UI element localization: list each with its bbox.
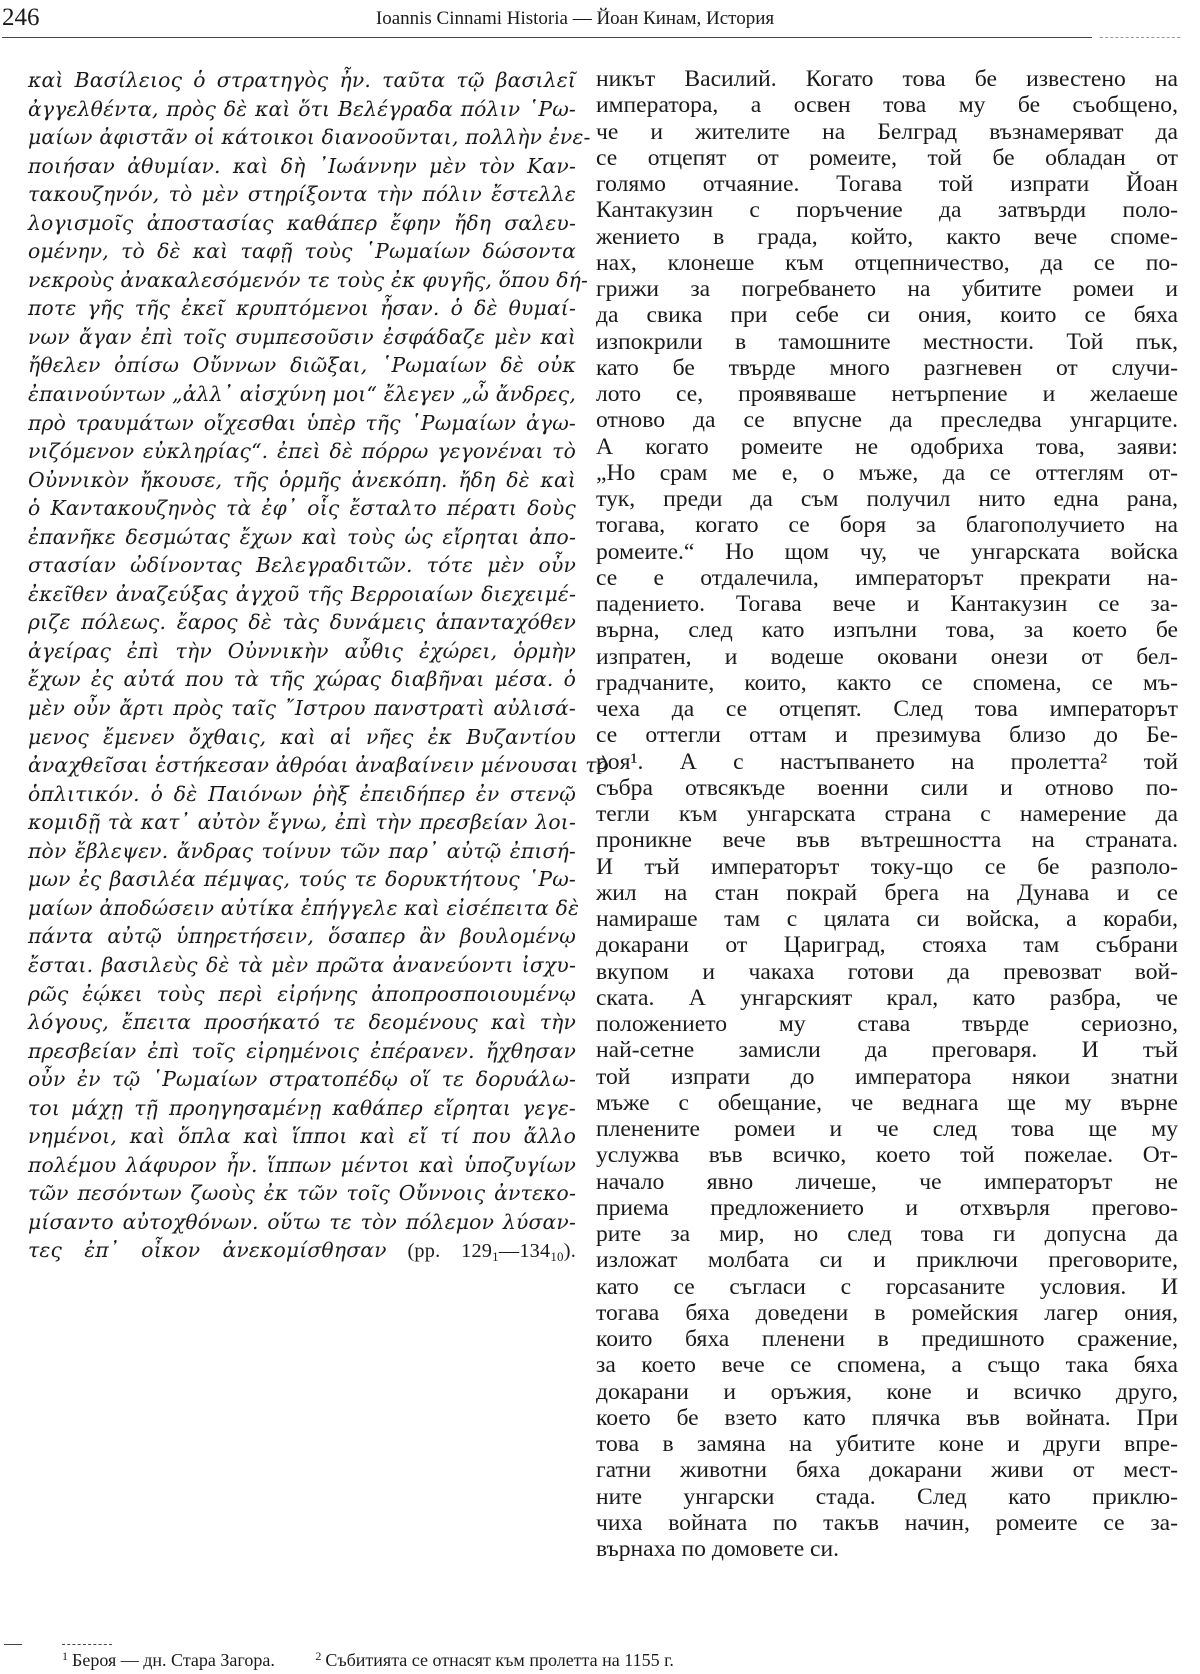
text-line: ните унгарски стада. След като приклю- [596, 1484, 1178, 1510]
text-line: τῶν πεσόντων ζωοὺς ἐκ τῶν τοῖς Οὔννοις ἀ… [28, 1179, 576, 1208]
text-line: τακουζηνόν, τὸ μὲν στηρίξοντα τὴν πόλιν … [28, 180, 576, 209]
text-line: се е отдалечила, императорът прекрати на… [596, 565, 1178, 591]
text-line: голямо отчаяние. Тогава той изпрати Йоан [596, 171, 1178, 197]
text-line: ἀγείρας ἐπὶ τὴν Οὐννικὴν αὖθις ἐχώρει, ὁ… [28, 637, 576, 666]
text-line: като бе твърде много разгневен от случи- [596, 355, 1178, 381]
text-line: най-сетне замисли да преговаря. И тъй [596, 1037, 1178, 1063]
text-line: падението. Тогава вече и Кантакузин се з… [596, 591, 1178, 617]
text-line: ρῶς ἐῴκει τοὺς περὶ εἰρήνης ἀποπροσποιου… [28, 980, 576, 1009]
text-line: лото се, проявяваше нетърпение и желаеше [596, 381, 1178, 407]
text-line: градчаните, които, както се спомена, се … [596, 670, 1178, 696]
footnote-1: 1Бероя — дн. Стара Загора. [62, 1650, 275, 1671]
footnote-text: Бероя — дн. Стара Загора. [72, 1650, 275, 1670]
text-line: тегли към унгарската страна с намерение … [596, 801, 1178, 827]
text-line: τες ἐπ᾽ οἶκον ἀνεκομίσθησαν (pp. 1291—13… [28, 1236, 576, 1272]
text-line: рите за мир, но след това ги допусна да [596, 1221, 1178, 1247]
text-line: ὁπλιτικόν. ὁ δὲ Παιόνων ῥὴξ ἐπειδήπερ ἐν… [28, 780, 576, 809]
text-line: отново да се впусне да преследва унгарци… [596, 407, 1178, 433]
text-line: στασίαν ὠδίνοντας Βελεγραδιτῶν. τότε μὲν… [28, 551, 576, 580]
text-line: λογισμοῖς ἀποστασίας καθάπερ ἔφην ἤδη σα… [28, 209, 576, 238]
text-line: ἔσται. βασιλεὺς δὲ τὰ μὲν πρῶτα ἀνανεύον… [28, 951, 576, 980]
page-header: 246 Ioannis Cinnami Historia — Йоан Кина… [0, 0, 1200, 40]
text-line: οὖν ἐν τῷ ῾Ρωμαίων στρατοπέδῳ οἵ τε δορυ… [28, 1065, 576, 1094]
text-line: ἐπαινούντων „ἀλλ᾽ αἰσχύνη μοι“ ἔλεγεν „ὦ… [28, 380, 576, 409]
text-line: вкупом и чакаха готови да превозват вой- [596, 959, 1178, 985]
footnote-marker: 1 [62, 1649, 68, 1663]
text-line: ромеите.“ Но щом чу, че унгарската войск… [596, 539, 1178, 565]
text-line: μων ἐς βασιλέα πέμψας, τούς τε δορυκτήτο… [28, 865, 576, 894]
text-line: μὲν οὖν ἄρτι πρὸς ταῖς ῎Ιστρου πανστρατὶ… [28, 694, 576, 723]
text-line: νεκροὺς ἀνακαλεσόμενόν τε τοὺς ἐκ φυγῆς,… [28, 266, 576, 295]
text-line: жението в града, който, както вече споме… [596, 224, 1178, 250]
text-line: върнаха по домовете си. [596, 1536, 1178, 1562]
text-line: μαίων ἀποδώσειν αὐτίκα ἐπήγγελε καὶ εἰσέ… [28, 894, 576, 923]
text-line: ската. А унгарският крал, като разбра, ч… [596, 985, 1178, 1011]
text-line: νημένοι, καὶ ὅπλα καὶ ἵπποι καὶ εἴ τί πο… [28, 1122, 576, 1151]
text-line: ἐκεῖθεν ἀναζεύξας ἀγχοῦ τῆς Βερροιαίων δ… [28, 580, 576, 609]
text-line: Οὐννικὸν ἤκουσε, τῆς ὁρμῆς ἀνεκόπη. ἤδη … [28, 466, 576, 495]
text-line: услужва във всичко, което той пожелае. О… [596, 1142, 1178, 1168]
text-line: докарани от Цариград, стояха там събрани [596, 932, 1178, 958]
text-line: λόγους, ἔπειτα προσήκατό τε δεομένους κα… [28, 1008, 576, 1037]
text-line: рoя¹. А с настъпването на пролетта² той [596, 749, 1178, 775]
text-line: се отцепят от ромеите, той бе обладан от [596, 145, 1178, 171]
text-line: πολέμου λάφυρον ἦν. ἵππων μέντοι καὶ ὑπο… [28, 1151, 576, 1180]
text-line: ποιήσαν ἀθυμίαν. καὶ δὴ ᾽Ιωάννην μὲν τὸν… [28, 152, 576, 181]
text-line: Кантакузин с поръчение да затвърди поло- [596, 197, 1178, 223]
text-line: че и жителите на Белград възнамеряват да [596, 119, 1178, 145]
text-line: А когато ромеите не одобриха това, заяви… [596, 434, 1178, 460]
text-line: ριζε πόλεως. ἔαρος δὲ τὰς δυνάμεις ἁπαντ… [28, 608, 576, 637]
text-line: начало явно личеше, че императорът не [596, 1169, 1178, 1195]
text-line: събра отвсякъде военни сили и отново по- [596, 775, 1178, 801]
text-line: τοι μάχῃ τῇ προηγησαμένῃ καθάπερ εἴρηται… [28, 1094, 576, 1123]
text-line: ἔχων ἐς αὐτά που τὰ τῆς χώρας διαβῆναι μ… [28, 665, 576, 694]
text-line: гатни животни бяха докарани живи от мест… [596, 1457, 1178, 1483]
header-rule-tail [1100, 37, 1180, 38]
text-line: καὶ Βασίλειος ὁ στρατηγὸς ἦν. ταῦτα τῷ β… [28, 66, 576, 95]
text-line: грижи за погребването на убитите ромеи и [596, 276, 1178, 302]
text-line: нах, клонеше към отцепничество, да се по… [596, 250, 1178, 276]
text-line: изложат молбата си и приключи преговорит… [596, 1247, 1178, 1273]
text-line: тук, преди да съм получил нито една рана… [596, 486, 1178, 512]
text-line: чеха да се отцепят. След това императоръ… [596, 696, 1178, 722]
text-line: които бяха пленени в предишното сражение… [596, 1326, 1178, 1352]
text-line: πάντα αὐτῷ ὑπηρετήσειν, ὅσαπερ ἂν βουλομ… [28, 922, 576, 951]
text-line: πὸν ἔβλεψεν. ἄνδρας τοίνυν τῶν παρ᾽ αὐτῷ… [28, 837, 576, 866]
text-line: тогава, когато се боря за благополучието… [596, 512, 1178, 538]
greek-text-column: καὶ Βασίλειος ὁ στρατηγὸς ἦν. ταῦτα τῷ β… [28, 66, 576, 1272]
text-line: императора, а освен това му бе съобщено, [596, 92, 1178, 118]
text-line: мъже с обещание, че веднага ще му върне [596, 1090, 1178, 1116]
text-line: ἀγγελθέντα, πρὸς δὲ καὶ ὅτι Βελέγραδα πό… [28, 95, 576, 124]
text-line: „Но срам ме е, о мъже, да се оттеглям от… [596, 460, 1178, 486]
running-title: Ioannis Cinnami Historia — Йоан Кинам, И… [0, 8, 1150, 30]
text-line: ομένην, τὸ δὲ καὶ ταφῇ τοὺς ῾Ρωμαίων δώσ… [28, 237, 576, 266]
text-line: проникне вече във вътрешността на страна… [596, 827, 1178, 853]
text-line: μίσαντο αὐτοχθόνων. οὕτω τε τὸν πόλεμον … [28, 1208, 576, 1237]
text-line: тогава бяха доведени в ромейския лагер о… [596, 1300, 1178, 1326]
footnote-2: 2Събитията се отнасят към пролетта на 11… [315, 1650, 674, 1671]
text-line: ἀναχθεῖσαι ἑστήκεσαν ἀθρόαι ἀναβαίνειν μ… [28, 751, 576, 780]
text-line: чиха войната по такъв начин, ромеите се … [596, 1510, 1178, 1536]
text-line: се оттегли оттам и презимува близо до Бе… [596, 722, 1178, 748]
text-line: докарани и оръжия, коне и всичко друго, [596, 1379, 1178, 1405]
bulgarian-translation-column: никът Василий. Когато това бе известено … [596, 66, 1178, 1562]
text-line: изпратен, и водеше оковани онези от бел- [596, 644, 1178, 670]
text-line: πρὸ τραυμάτων οἴχεσθαι ὑπὲρ τῆς ῾Ρωμαίων… [28, 409, 576, 438]
text-line: νων ἄγαν ἐπὶ τοῖς συμπεσοῦσιν ἐσφάδαζε μ… [28, 323, 576, 352]
text-line: μενος ἔμενεν ὄχθαις, καὶ αἱ νῆες ἐκ Βυζα… [28, 723, 576, 752]
footnote-text: Събитията се отнасят към пролетта на 115… [325, 1650, 674, 1670]
text-line: νιζόμενον εὐκληρίας“. ἐπεὶ δὲ πόρρω γεγο… [28, 437, 576, 466]
text-line: ποτε γῆς τῆς ἐκεῖ κρυπτόμενοι ἦσαν. ὁ δὲ… [28, 294, 576, 323]
footnote-separator [4, 1644, 22, 1645]
text-line: приема предложението и отхвърля прегово- [596, 1195, 1178, 1221]
text-line: това в замяна на убитите коне и други вп… [596, 1431, 1178, 1457]
text-line: за което вече се спомена, а също така бя… [596, 1352, 1178, 1378]
text-line: намираше там с цялата си войска, а кораб… [596, 906, 1178, 932]
text-line: κομιδῇ τὰ κατ᾽ αὐτὸν ἔγνω, ἐπὶ τὴν πρεσβ… [28, 808, 576, 837]
page-reference: (pp. 1291—13410). [387, 1240, 576, 1262]
text-line: пленените ромеи и че след това ще му [596, 1116, 1178, 1142]
text-line: ἤθελεν ὀπίσω Οὔννων διῶξαι, ῾Ρωμαίων δὲ … [28, 351, 576, 380]
text-line: положението му става твърде сериозно, [596, 1011, 1178, 1037]
text-line: никът Василий. Когато това бе известено … [596, 66, 1178, 92]
text-line: μαίων ἀφιστᾶν οἱ κάτοικοι διανοοῦνται, π… [28, 123, 576, 152]
text-line: което бе взето като плячка във войната. … [596, 1405, 1178, 1431]
text-line: той изпрати до императора някои знатни [596, 1064, 1178, 1090]
text-line: ὁ Καντακουζηνὸς τὰ ἐφ᾽ οἷς ἔσταλτο πέρατ… [28, 494, 576, 523]
text-line: като се съгласи с горcasаните условия. И [596, 1274, 1178, 1300]
footnote-separator [62, 1644, 112, 1645]
text-line: И тъй императорът току-що се бе разполо- [596, 854, 1178, 880]
header-rule [2, 37, 1092, 38]
text-line: ἐπανῆκε δεσμώτας ἔχων καὶ τοὺς ὡς εἴρητα… [28, 523, 576, 552]
footnote-marker: 2 [315, 1649, 321, 1663]
text-line: жил на стан покрай брега на Дунава и се [596, 880, 1178, 906]
text-line: изпокрили в тамошните местности. Той пък… [596, 329, 1178, 355]
text-line: да свика при себе си ония, които се бяха [596, 302, 1178, 328]
text-line: върна, след като изпълни това, за което … [596, 617, 1178, 643]
footnotes: 1Бероя — дн. Стара Загора. 2Събитията се… [62, 1650, 1162, 1671]
text-line: πρεσβείαν ἐπὶ τοῖς εἰρημένοις ἐπέρανεν. … [28, 1037, 576, 1066]
